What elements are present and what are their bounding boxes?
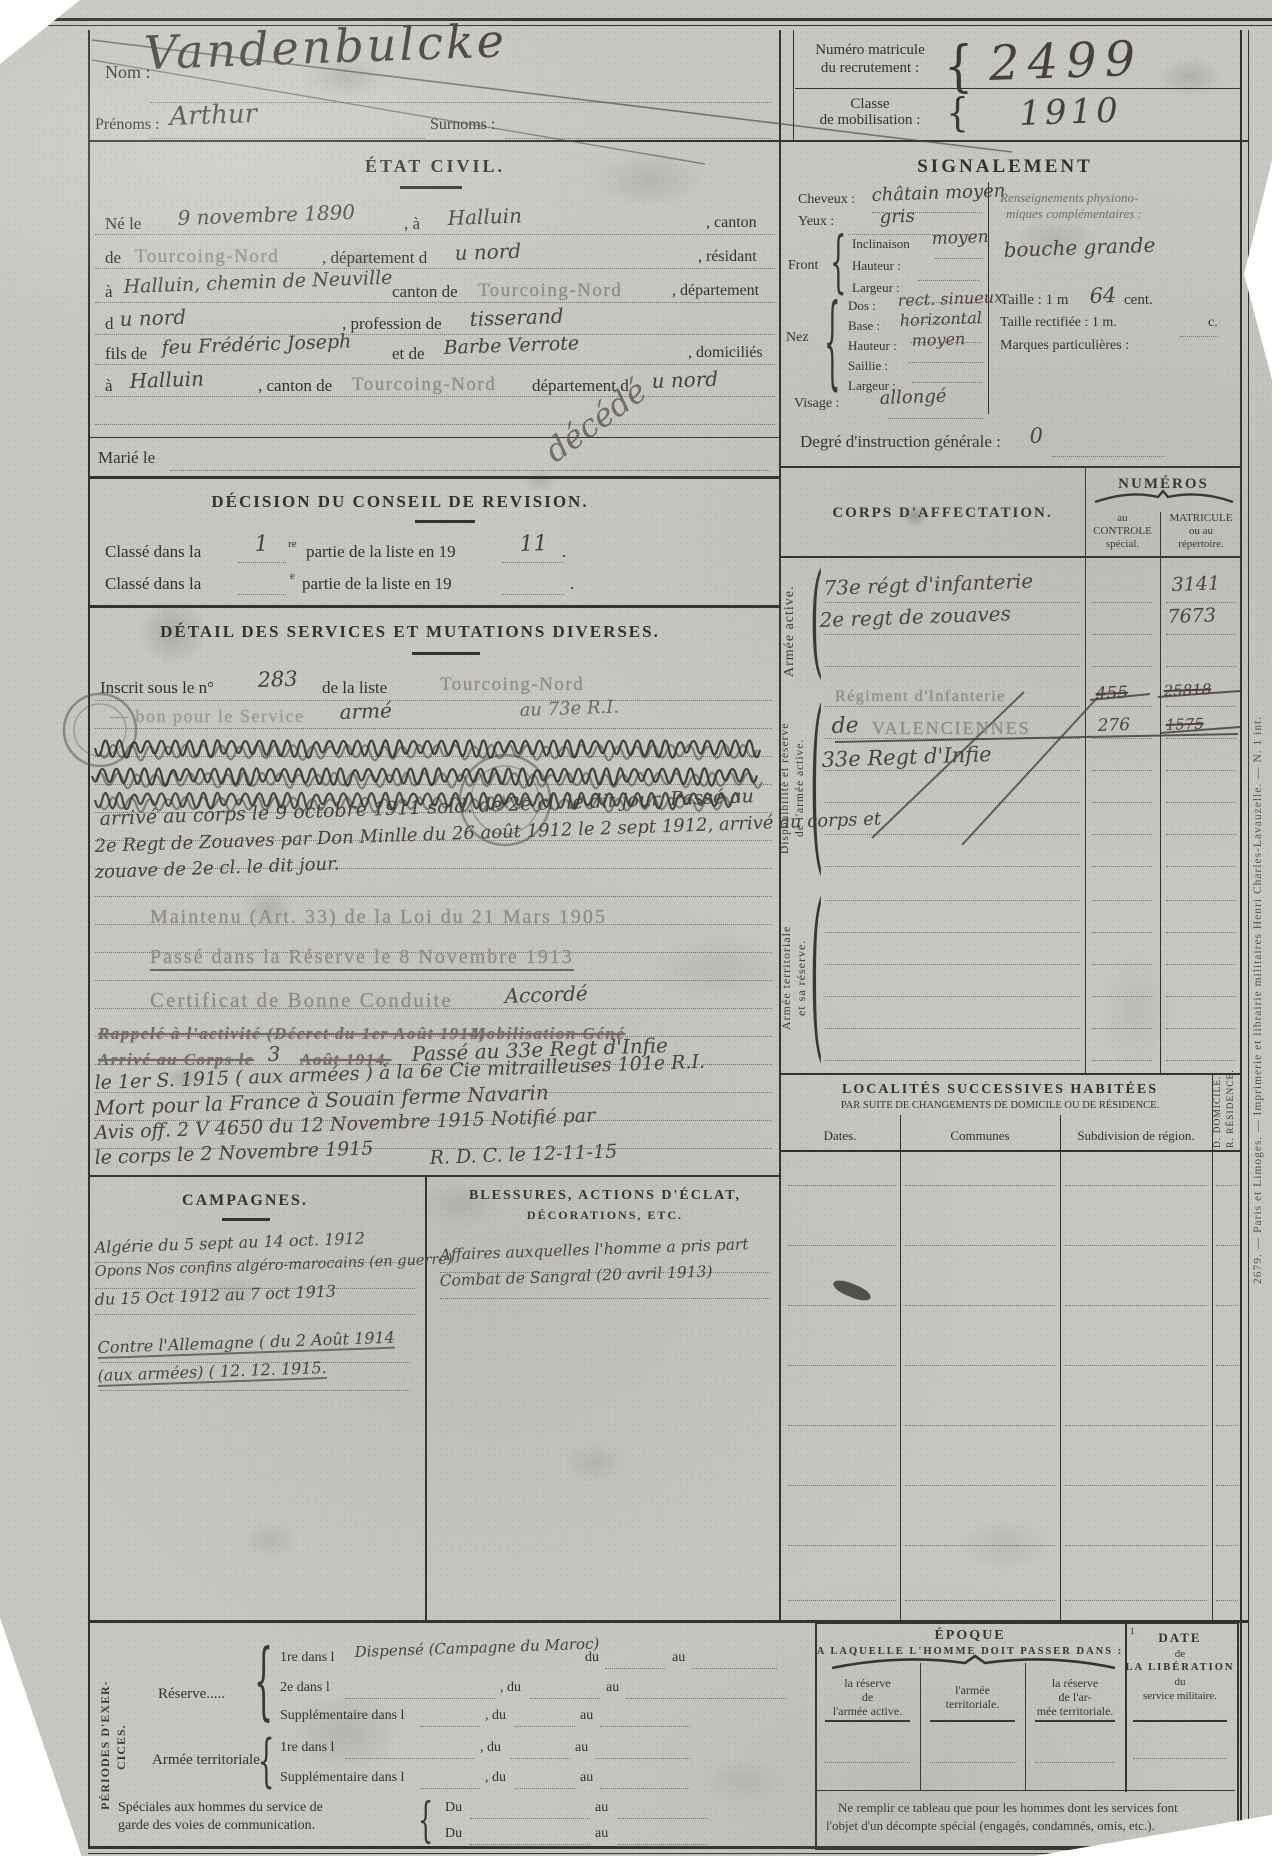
brace-glyph: { [946, 94, 969, 134]
campagnes-title: CAMPAGNES. [130, 1192, 360, 1210]
marques-label: Marques particulières : [1000, 338, 1129, 354]
printer-imprint: 2679. — Paris et Limoges. — Imprimerie e… [1252, 430, 1264, 1570]
du-label: , du [480, 1740, 501, 1756]
territoriale-side-label: Armée territoriale [779, 888, 794, 1068]
arme-hw: armé [339, 698, 392, 724]
sup-re: re [288, 538, 297, 550]
matricule-1575-struck: 1575 [1165, 715, 1204, 734]
reserve-label: Réserve..... [158, 1686, 225, 1703]
tourcoing-nord-stamp: Tourcoing-Nord [478, 280, 622, 302]
terr-suppl-label: Supplémentaire dans l [280, 1770, 404, 1786]
epoque-col2-label: l'armée [920, 1683, 1025, 1698]
matricule-label2: du recrutement : [800, 60, 940, 77]
matricule-col-label2: ou au [1160, 525, 1242, 537]
matricule-7673: 7673 [1167, 604, 1216, 628]
nez-hauteur-value: moyen [911, 329, 965, 350]
taille-label: Taille : 1 m [1000, 292, 1069, 309]
classe2-rest: partie de la liste en 19 [302, 574, 452, 594]
brace-glyph: { [258, 1734, 275, 1791]
classe1-label: Classé dans la [105, 542, 201, 562]
de-label: de [105, 248, 121, 268]
surnoms-label: Surnoms : [430, 116, 495, 134]
localites-title: LOCALITÉS SUCCESSIVES HABITÉES [790, 1082, 1210, 1098]
military-register-sheet: ★ Nom : Vandenbulcke Prénoms : Arthur Su… [0, 0, 1288, 1869]
brace-glyph: { [824, 294, 841, 395]
de-hw: de [831, 713, 859, 739]
vis-value: allongé [879, 386, 947, 409]
au-label: au [580, 1770, 593, 1786]
armee-territoriale-label: Armée territoriale. [152, 1752, 264, 1769]
epoque-brace [832, 1656, 1115, 1668]
taille-rectifiee-unit: c. [1208, 315, 1218, 331]
periodes-side-label: PÉRIODES D'EXER- [98, 1655, 113, 1835]
canton-de-label: canton de [392, 282, 458, 302]
controle-col-label3: spécial. [1085, 538, 1160, 550]
front-largeur-label: Largeur : [852, 280, 900, 296]
epoque-subtitle: A LAQUELLE L'HOMME DOIT PASSER DANS : [815, 1646, 1125, 1657]
au-label: au [580, 1708, 593, 1724]
inscrit-label: Inscrit sous le n° [100, 678, 214, 698]
tourcoing-nord-stamp: Tourcoing-Nord [440, 674, 584, 696]
au-label: au [595, 1800, 608, 1816]
taille-rectifiee-label: Taille rectifiée : 1 m. [1000, 315, 1117, 331]
arrive-date-hw: 3 [267, 1042, 281, 1066]
corps-affectation-header: CORPS D'AFFECTATION. [810, 505, 1075, 522]
territoriale-side-label2: et sa réserve. [794, 896, 809, 1060]
nez-dos-label: Dos : [848, 298, 876, 314]
degre-value: 0 [1029, 424, 1043, 448]
speciales-label2: garde des voies de communication. [118, 1818, 315, 1834]
domicilies-label: , domiciliés [688, 344, 763, 362]
residence-side-label: R. RÉSIDENCE. [1226, 1076, 1236, 1148]
tourcoing-nord-stamp: Tourcoing-Nord [135, 246, 279, 268]
classe1-partie: 1 [254, 532, 269, 557]
sup-e: e [290, 570, 295, 582]
crossed-out-scribble [92, 768, 757, 786]
certificat-stamp: Certificat de Bonne Conduite [150, 988, 453, 1013]
classe-value: 1910 [1019, 90, 1123, 134]
date-col-liberation: LA LIBÉRATION [1125, 1662, 1235, 1673]
matricule-label: Numéro matricule [800, 42, 940, 59]
blessures-title: BLESSURES, ACTIONS D'ÉCLAT, [440, 1188, 770, 1204]
front-hauteur-label: Hauteur : [852, 258, 901, 274]
residant-label: , résidant [698, 248, 757, 266]
nez-label: Nez [786, 330, 809, 346]
nez-saillie-label: Saillie : [848, 358, 888, 374]
etat-civil-title: ÉTAT CIVIL. [300, 156, 570, 177]
tourcoing-nord-stamp: Tourcoing-Nord [352, 374, 496, 396]
epoque-col3-label: la réserve [1025, 1676, 1125, 1691]
disponibilite-side-label: Disponibilité et réserve [779, 692, 791, 884]
epoque-col3-label3: mée territoriale. [1025, 1704, 1125, 1719]
col-subdivision-header: Subdivision de région. [1060, 1128, 1212, 1144]
front-label: Front [788, 258, 818, 274]
taille-value: 64 [1089, 283, 1117, 308]
reserve-suppl-label: Supplémentaire dans l [280, 1708, 404, 1724]
localites-subtitle: PAR SUITE DE CHANGEMENTS DE DOMICILE OU … [790, 1100, 1210, 1111]
au-label: au [606, 1680, 619, 1696]
brace-glyph: { [254, 1642, 273, 1726]
col-communes-header: Communes [900, 1128, 1060, 1144]
blessures-title2: DÉCORATIONS, ETC. [440, 1208, 770, 1223]
cheveux-label: Cheveux : [798, 192, 855, 208]
profession-value: tisserand [469, 304, 564, 331]
d-label: d [105, 314, 114, 334]
fils-de-label: fils de [105, 344, 147, 364]
du-cap-label: Du [445, 1826, 462, 1842]
matricule-value: 2499 [988, 31, 1144, 92]
profession-label: , profession de [342, 314, 442, 334]
canton-de-label2: , canton de [258, 376, 332, 396]
classe1-annee: 11 [519, 531, 548, 557]
yeux-value: gris [879, 206, 915, 228]
classe-label: Classe [800, 96, 940, 113]
birth-at-label: , à [404, 214, 420, 234]
bon-service-stamp: — bon pour le Service [110, 706, 304, 727]
reserve-1re-label: 1re dans l [280, 1650, 334, 1666]
nez-base-value: horizontal [899, 308, 982, 330]
brace-glyph: { [418, 1796, 433, 1844]
controle-col-label2: CONTROLE [1085, 525, 1160, 537]
dot: . [570, 574, 574, 594]
du-label: du [585, 1650, 599, 1666]
date-col-du: du [1125, 1676, 1235, 1688]
birth-place: Halluin [447, 203, 522, 230]
controle-col-label: au [1085, 512, 1160, 524]
epoque-col1-label: la réserve [815, 1676, 920, 1691]
epoque-col1-label2: de [815, 1690, 920, 1705]
renseignements-label: Renseignements physiono- [1000, 190, 1138, 206]
controle-455-struck: 455 [1095, 683, 1128, 704]
departement-label: , département d [322, 248, 427, 268]
taille-unit: cent. [1124, 292, 1153, 309]
classe2-label: Classé dans la [105, 574, 201, 594]
signalement-title: SIGNALEMENT [870, 156, 1140, 178]
inclinaison-value: moyen [931, 227, 989, 249]
du-label: , du [485, 1770, 506, 1786]
canton-label: , canton [706, 214, 757, 232]
au-label: au [672, 1650, 685, 1666]
departement-value2: u nord [119, 305, 186, 331]
date-col-de: de [1125, 1648, 1235, 1660]
classe-label2: de mobilisation : [800, 112, 940, 129]
brace-glyph: ( [810, 690, 823, 880]
date-col-service: service militaire. [1125, 1690, 1235, 1702]
epoque-note2: l'objet d'un décompte spécial (engagés, … [826, 1818, 1155, 1834]
services-title: DÉTAIL DES SERVICES ET MUTATIONS DIVERSE… [140, 622, 680, 642]
epoque-title: ÉPOQUE [815, 1628, 1125, 1644]
prenoms-label: Prénoms : [95, 116, 159, 134]
et-de-label: et de [392, 344, 425, 364]
epoque-note: Ne remplir ce tableau que pour les homme… [838, 1800, 1178, 1816]
accorde-hw: Accordé [504, 981, 588, 1008]
domicile-side-label: D. DOMICILE. [1213, 1076, 1223, 1148]
disponibilite-side-label2: de l'armée active. [794, 700, 806, 876]
prenoms-value: Arthur [169, 99, 258, 132]
dot: . [562, 542, 566, 562]
a-label2: à [105, 376, 113, 396]
decision-title: DÉCISION DU CONSEIL DE REVISION. [180, 492, 620, 512]
speciales-label: Spéciales aux hommes du service de [118, 1800, 323, 1816]
renseignements-label2: miques complémentaires : [1006, 206, 1142, 222]
nez-hauteur-label: Hauteur : [848, 338, 897, 354]
birth-label: Né le [105, 214, 141, 234]
epoque-col3-label2: de l'ar- [1025, 1690, 1125, 1705]
armee-active-side-label: Armée active. [782, 572, 798, 690]
au-label: au [575, 1740, 588, 1756]
crossed-out-scribble [100, 745, 757, 761]
inscrit-rest: de la liste [322, 678, 387, 698]
au-label: au [595, 1826, 608, 1842]
matricule-3141: 3141 [1171, 572, 1220, 596]
col-dates-header: Dates. [780, 1128, 900, 1144]
matricule-col-label3: répertoire. [1160, 538, 1242, 550]
nez-base-label: Base : [848, 318, 880, 334]
date-col-title: DATE [1125, 1630, 1235, 1646]
visage-label: Visage : [794, 396, 839, 412]
nez-dos-value: rect. sinueux [897, 287, 1003, 310]
brace-glyph: ( [810, 884, 823, 1068]
periodes-side-label2: CICES. [114, 1692, 129, 1802]
departement-value3: u nord [651, 367, 718, 393]
reserve-2e-label: 2e dans l [280, 1680, 330, 1696]
departement-label: , département [672, 282, 759, 300]
a-label: à [105, 282, 113, 302]
domicile-value: Halluin [129, 366, 204, 393]
controle-276: 276 [1097, 715, 1130, 736]
crossed-out-scribble [95, 740, 760, 758]
inscrit-numero: 283 [257, 667, 298, 692]
regiment-infanterie-stamp: Régiment d'Infanterie [835, 688, 1006, 706]
brace-glyph: { [944, 38, 973, 93]
departement-value: u nord [454, 239, 521, 265]
maintenu-stamp: Maintenu (Art. 33) de la Loi du 21 Mars … [150, 906, 607, 929]
numeros-header: NUMÉROS [1085, 476, 1242, 493]
yeux-label: Yeux : [798, 214, 834, 230]
epoque-col1-label3: l'armée active. [815, 1704, 920, 1719]
classe1-rest: partie de la liste en 19 [306, 542, 456, 562]
inclinaison-label: Inclinaison [852, 236, 910, 252]
epoque-col2-label2: territoriale. [920, 1697, 1025, 1712]
valenciennes-stamp: VALENCIENNES [872, 718, 1031, 739]
degre-label: Degré d'instruction générale : [800, 432, 1001, 452]
terr-1re-label: 1re dans l [280, 1740, 334, 1756]
du-label: , du [500, 1680, 521, 1696]
du-label: , du [485, 1708, 506, 1724]
au-73e-hw: au 73e R.I. [519, 697, 619, 721]
matricule-25818-struck: 25818 [1163, 680, 1211, 700]
matricule-col-label: MATRICULE [1160, 512, 1242, 524]
du-cap-label: Du [445, 1800, 462, 1816]
passe-reserve-stamp: Passé dans la Réserve le 8 Novembre 1913 [150, 946, 574, 971]
marie-le-label: Marié le [98, 448, 155, 468]
